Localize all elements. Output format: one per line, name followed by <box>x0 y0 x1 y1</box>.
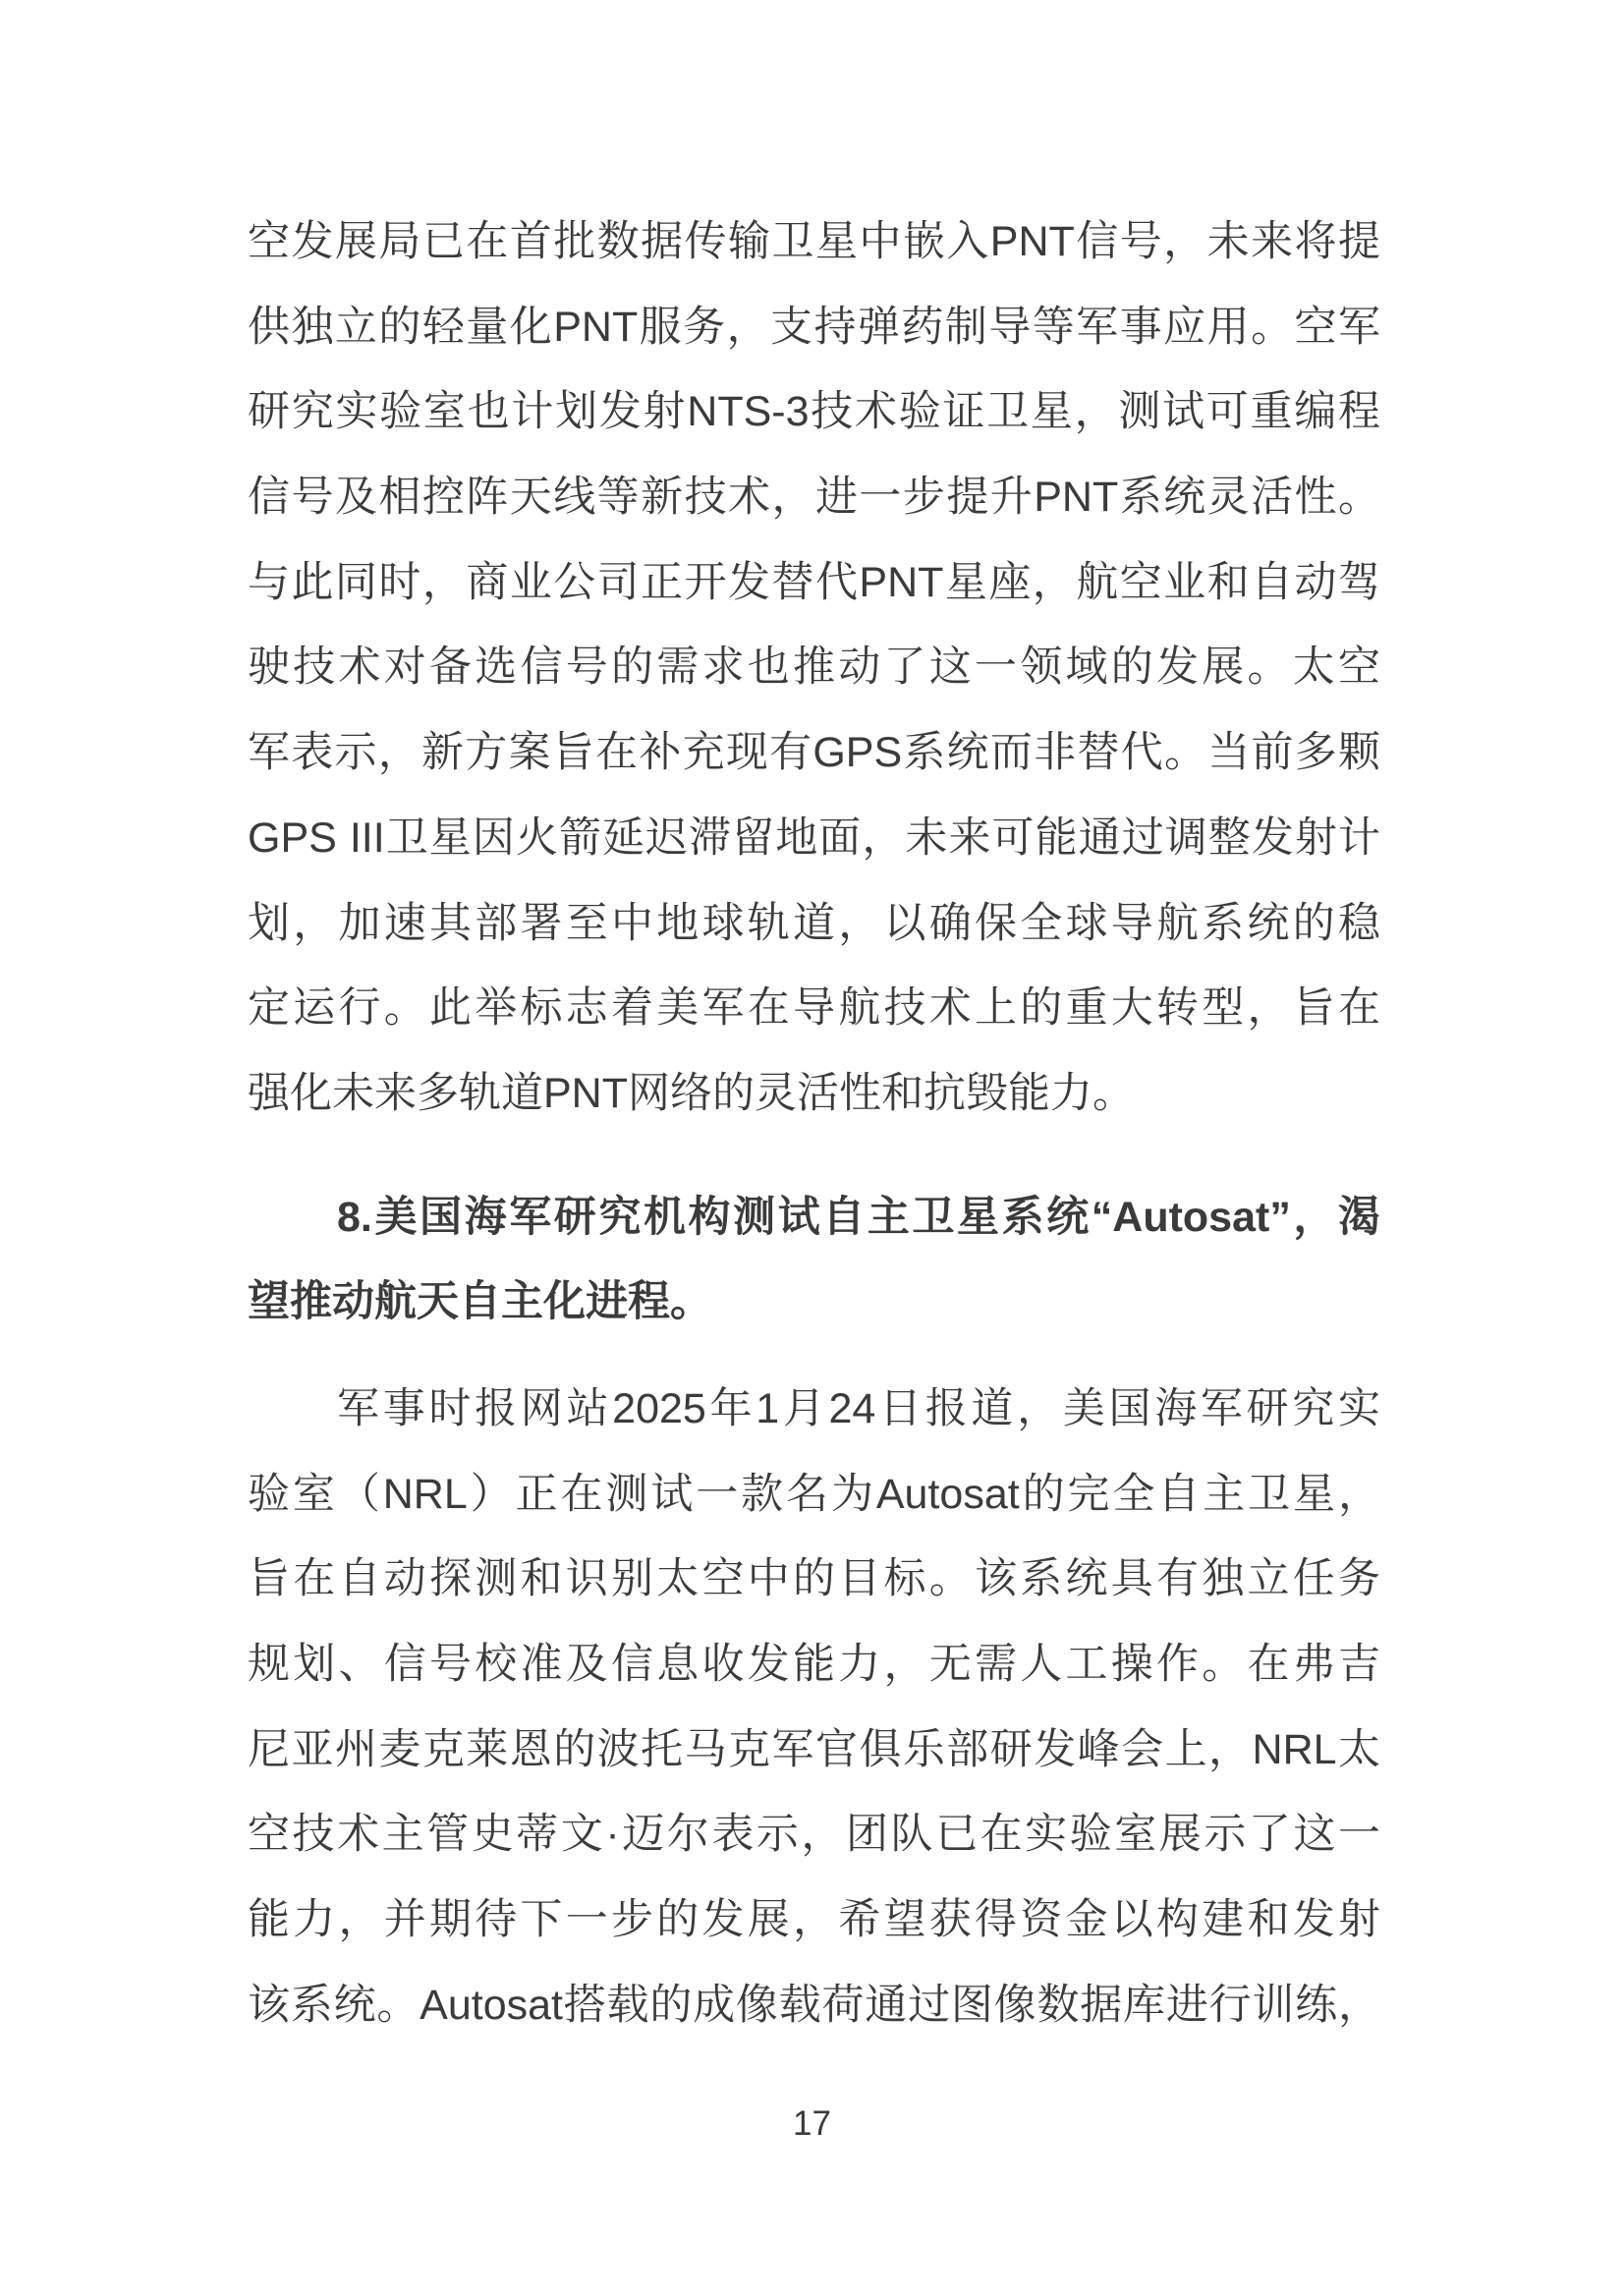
text-line: 研究实验室也计划发射NTS-3技术验证卫星，测试可重编程 <box>248 369 1380 455</box>
text-line: 验室（NRL）正在测试一款名为Autosat的完全自主卫星， <box>248 1452 1380 1538</box>
text-line: 划，加速其部署至中地球轨道，以确保全球导航系统的稳 <box>248 881 1380 967</box>
text-line: 供独立的轻量化PNT服务，支持弹药制导等军事应用。空军 <box>248 285 1380 370</box>
text-block: 空发展局已在首批数据传输卫星中嵌入PNT信号，未来将提 供独立的轻量化PNT服务… <box>248 199 1380 2047</box>
text-line: 与此同时，商业公司正开发替代PNT星座，航空业和自动驾 <box>248 540 1380 626</box>
text-line: 军事时报网站2025年1月24日报道，美国海军研究实 <box>248 1367 1380 1452</box>
paragraph-autosat: 军事时报网站2025年1月24日报道，美国海军研究实 验室（NRL）正在测试一款… <box>248 1367 1380 2048</box>
text-line: 驶技术对备选信号的需求也推动了这一领域的发展。太空 <box>248 625 1380 710</box>
text-line: 空技术主管史蒂文·迈尔表示，团队已在实验室展示了这一 <box>248 1792 1380 1877</box>
text-line: 强化未来多轨道PNT网络的灵活性和抗毁能力。 <box>248 1051 1380 1137</box>
document-page: 空发展局已在首批数据传输卫星中嵌入PNT信号，未来将提 供独立的轻量化PNT服务… <box>0 0 1624 2296</box>
text-line: 能力，并期待下一步的发展，希望获得资金以构建和发射 <box>248 1877 1380 1963</box>
text-line: 规划、信号校准及信息收发能力，无需人工操作。在弗吉 <box>248 1622 1380 1708</box>
text-line: 该系统。Autosat搭载的成像载荷通过图像数据库进行训练， <box>248 1963 1380 2048</box>
text-line: 军表示，新方案旨在补充现有GPS系统而非替代。当前多颗 <box>248 710 1380 796</box>
text-line: 旨在自动探测和识别太空中的目标。该系统具有独立任务 <box>248 1537 1380 1622</box>
text-line: 尼亚州麦克莱恩的波托马克军官俱乐部研发峰会上，NRL太 <box>248 1708 1380 1793</box>
text-line: GPS III卫星因火箭延迟滞留地面，未来可能通过调整发射计 <box>248 796 1380 881</box>
text-line: 信号及相控阵天线等新技术，进一步提升PNT系统灵活性。 <box>248 455 1380 540</box>
text-line: 空发展局已在首批数据传输卫星中嵌入PNT信号，未来将提 <box>248 199 1380 285</box>
section-heading-autosat: 8.美国海军研究机构测试自主卫星系统“Autosat”，渴 望推动航天自主化进程… <box>248 1175 1380 1345</box>
heading-line: 望推动航天自主化进程。 <box>248 1260 1380 1345</box>
text-line: 定运行。此举标志着美军在导航技术上的重大转型，旨在 <box>248 966 1380 1051</box>
heading-line: 8.美国海军研究机构测试自主卫星系统“Autosat”，渴 <box>248 1175 1380 1260</box>
page-number: 17 <box>0 2106 1624 2142</box>
paragraph-pnt-gps: 空发展局已在首批数据传输卫星中嵌入PNT信号，未来将提 供独立的轻量化PNT服务… <box>248 199 1380 1137</box>
